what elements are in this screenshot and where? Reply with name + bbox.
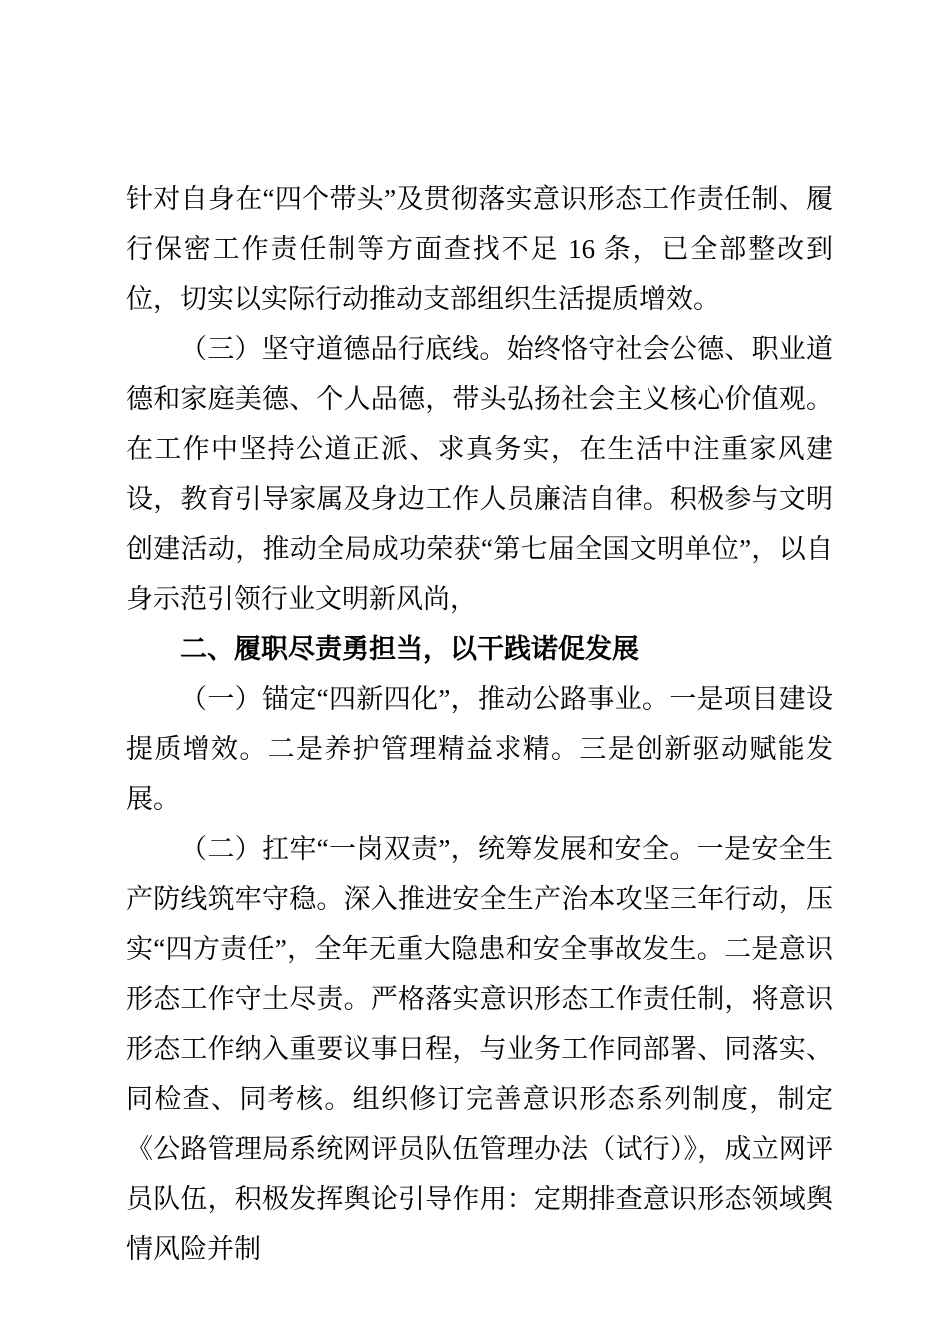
document-page: 针对自身在“四个带头”及贯彻落实意识形态工作责任制、履行保密工作责任制等方面查找… xyxy=(0,0,950,1344)
section-heading-2: 二、履职尽责勇担当，以干践诺促发展 xyxy=(126,624,833,674)
paragraph-item-3-moral-conduct: （三）坚守道德品行底线。始终恪守社会公德、职业道德和家庭美德、个人品德，带头弘扬… xyxy=(126,324,833,624)
paragraph-item-1-highway-work: （一）锚定“四新四化”，推动公路事业。一是项目建设提质增效。二是养护管理精益求精… xyxy=(126,674,833,824)
paragraph-continuation: 针对自身在“四个带头”及贯彻落实意识形态工作责任制、履行保密工作责任制等方面查找… xyxy=(126,174,833,324)
paragraph-item-2-safety-ideology: （二）扛牢“一岗双责”，统筹发展和安全。一是安全生产防线筑牢守稳。深入推进安全生… xyxy=(126,824,833,1274)
